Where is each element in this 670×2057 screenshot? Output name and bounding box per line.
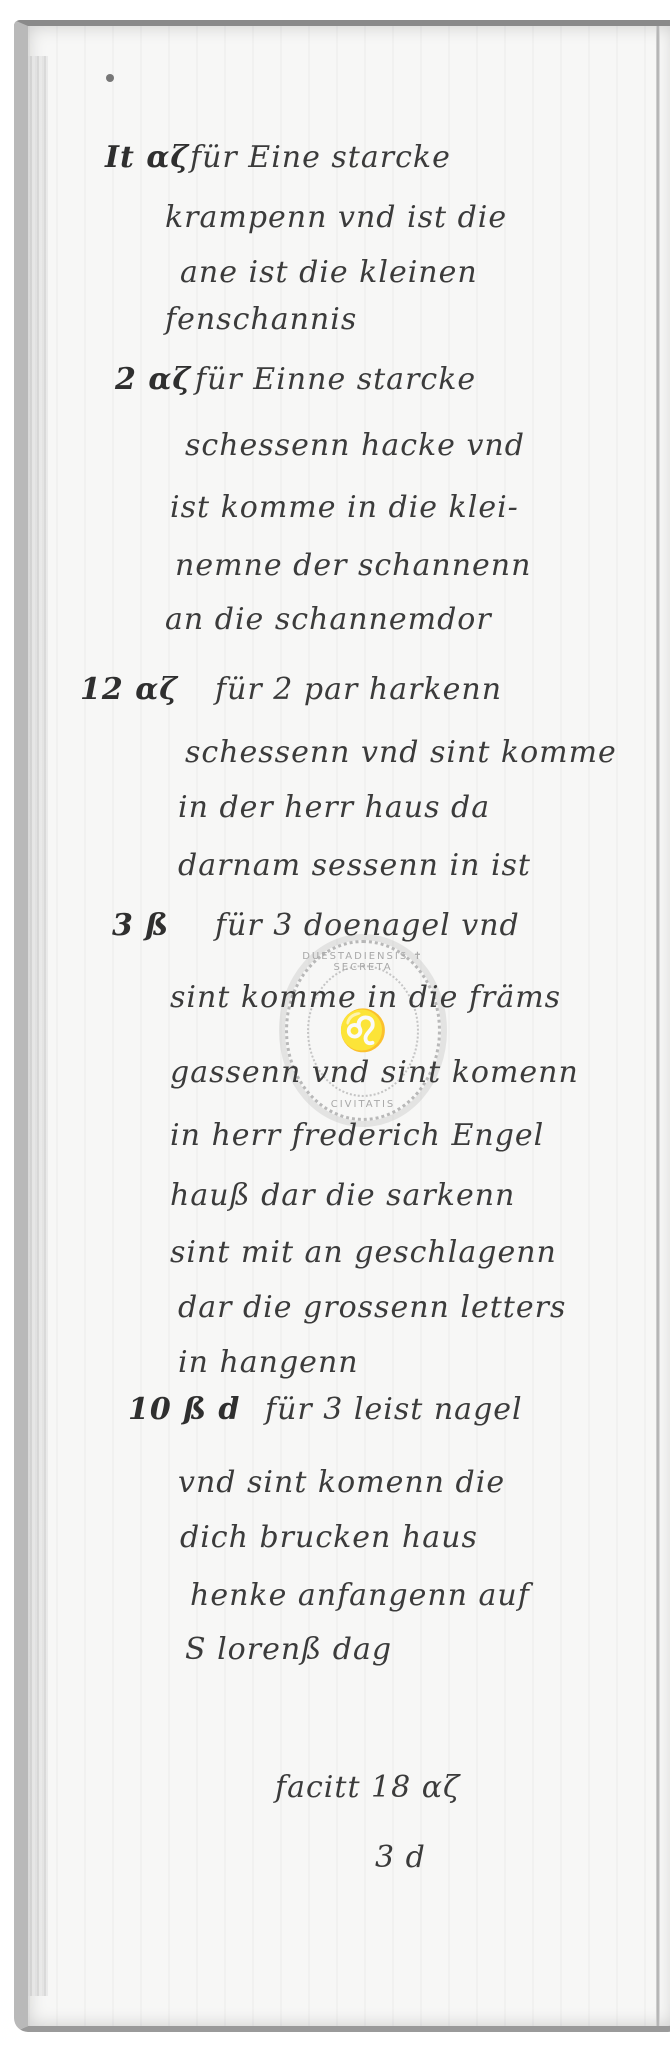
page-edge-left <box>28 56 48 1996</box>
entry-5-line-3: dich brucken haus <box>180 1520 478 1555</box>
entry-2-line-4: nemne der schannenn <box>175 548 531 583</box>
entry-3-line-2: schessenn vnd sint komme <box>185 735 617 770</box>
total-sub: 3 d <box>375 1840 426 1875</box>
archive-stamp: DUESTADIENSIS ✝ SECRETA ♌ CIVITATIS <box>285 940 441 1121</box>
entry-1-amount: It αζ <box>105 140 189 175</box>
entry-3-amount: 12 αζ <box>80 672 178 707</box>
total-label: facitt 18 αζ <box>275 1770 460 1805</box>
entry-4-amount: 3 ß <box>112 908 169 943</box>
entry-5-line-2: vnd sint komenn die <box>178 1465 505 1500</box>
entry-4-line-2: sint komme in die främs <box>170 980 561 1015</box>
entry-4-line-8: in hangenn <box>178 1345 359 1380</box>
entry-2-amount: 2 αζ <box>115 362 191 397</box>
entry-4-line-4: in herr frederich Engel <box>170 1118 544 1153</box>
entry-4-line-5: hauß dar die sarkenn <box>170 1178 515 1213</box>
entry-5-line-4: henke anfangenn auf <box>190 1578 530 1613</box>
stamp-top-text: DUESTADIENSIS ✝ SECRETA <box>288 951 438 973</box>
ink-spot <box>106 74 114 82</box>
entry-3-line-1: für 2 par harkenn <box>215 672 502 707</box>
entry-1-line-1: für Eine starcke <box>190 140 451 175</box>
entry-1-line-3: ane ist die kleinen <box>180 255 478 290</box>
entry-4-line-6: sint mit an geschlagenn <box>170 1235 557 1270</box>
entry-4-line-1: für 3 doenagel vnd <box>215 908 520 943</box>
entry-2-line-3: ist komme in die klei- <box>170 490 519 525</box>
entry-4-line-7: dar die grossenn letters <box>178 1290 566 1325</box>
entry-2-line-5: an die schannemdor <box>165 602 492 637</box>
entry-2-line-2: schessenn hacke vnd <box>185 428 525 463</box>
entry-2-line-1: für Einne starcke <box>195 362 476 397</box>
entry-5-amount: 10 ß d <box>128 1392 240 1427</box>
entry-4-line-3: gassenn vnd sint komenn <box>170 1055 579 1090</box>
entry-5-line-5: S lorenß dag <box>185 1632 392 1667</box>
entry-5-line-1: für 3 leist nagel <box>265 1392 523 1427</box>
entry-3-line-4: darnam sessenn in ist <box>178 848 531 883</box>
page-fold <box>656 26 660 2026</box>
entry-3-line-3: in der herr haus da <box>178 790 490 825</box>
entry-1-line-2: krampenn vnd ist die <box>165 200 507 235</box>
stamp-bottom-text: CIVITATIS <box>288 1099 438 1110</box>
entry-1-line-4: fenschannis <box>165 302 357 337</box>
